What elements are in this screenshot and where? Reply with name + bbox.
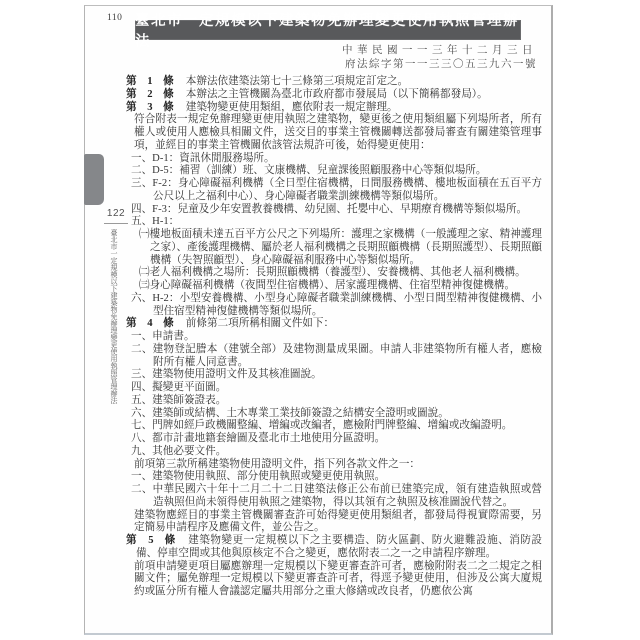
- law-item: 八、都市計畫地籍套繪圖及臺北市土地使用分區證明。: [126, 433, 542, 446]
- law-subitem: ㈢身心障礙福利機構（夜間型住宿機構）、居家護理機構、住宿型精神復健機構。: [126, 280, 542, 293]
- article-text: 本辦法之主管機關為臺北市政府都市發展局（以下簡稱都發局）。: [186, 89, 488, 100]
- law-item: 二、建物登記謄本（建號全部）及建物測量成果圖。申請人非建築物所有權人者，應檢附所…: [126, 344, 542, 370]
- law-paragraph: 符合附表一規定免辦理變更使用執照之建築物，變更後之使用類組屬下列場所者，所有權人…: [126, 114, 542, 152]
- law-item: 一、建築物使用執照、部分使用執照或變更使用執照。: [126, 471, 542, 484]
- law-item: 七、門牌如經戶政機關整編、增編或改編者，應檢附門牌整編、增編或改編證明。: [126, 420, 542, 433]
- article-text: 建築物變更使用類組，應依附表一規定辦理。: [186, 102, 398, 113]
- article-number-label: 第 4 條: [126, 318, 178, 329]
- sidebar-book-title: 臺北市一定規模以下建築物免辦理變更使用執照管理辦法: [107, 229, 120, 414]
- law-item: 五、H-1：: [126, 216, 542, 229]
- law-item: 二、D-5：補習（訓練）班、文康機構、兒童課後照顧服務中心等類似場所。: [126, 165, 542, 178]
- law-item: 六、H-2：小型安養機構、小型身心障礙者職業訓練機構、小型日間型精神復健機構、小…: [126, 293, 542, 319]
- law-paragraph: 建築物應經目的事業主管機關審查許可始得變更使用類組者，都發局得視實際需要，另定簡…: [126, 510, 542, 536]
- promulgation-number: 府法綜字第一一三三〇五三九六一號: [342, 58, 537, 72]
- law-article: 第 2 條本辦法之主管機關為臺北市政府都市發展局（以下簡稱都發局）。: [126, 89, 542, 102]
- law-article: 第 5 條建築物變更一定規模以下之主要構造、防火區劃、防火避難設施、消防設備、停…: [126, 535, 542, 561]
- law-item: 九、其他必要文件。: [126, 446, 542, 459]
- article-number-label: 第 2 條: [126, 89, 178, 100]
- law-item: 四、擬變更平面圖。: [126, 382, 542, 395]
- law-item: 一、D-1：資訊休閒服務場所。: [126, 153, 542, 166]
- law-item: 二、中華民國六十年十二月二十二日建築法修正公布前已建築完成，領有建造執照或營造執…: [126, 484, 542, 510]
- law-item: 三、F-2：身心障礙福利機構（全日型住宿機構，日間服務機構、樓地板面積在五百平方…: [126, 178, 542, 204]
- law-item: 四、F-3：兒童及少年安置教養機構、幼兒園、托嬰中心、早期療育機構等類似場所。: [126, 204, 542, 217]
- law-title-banner: 臺北市一定規模以下建築物免辦理變更使用執照管理辦法: [135, 20, 521, 40]
- chapter-tab: [84, 154, 104, 205]
- article-number-label: 第 5 條: [126, 535, 180, 546]
- law-paragraph: 前項第三款所稱建築物使用證明文件，指下列各款文件之一：: [126, 459, 542, 472]
- promulgation-block: 中華民國一一三年十二月三日 府法綜字第一一三三〇五三九六一號: [342, 44, 537, 72]
- article-number-label: 第 3 條: [126, 102, 178, 113]
- article-text: 建築物變更一定規模以下之主要構造、防火區劃、防火避難設施、消防設備、停車空間或其…: [136, 535, 542, 559]
- law-article: 第 1 條本辦法依建築法第七十三條第三項規定訂定之。: [126, 76, 542, 89]
- law-subitem: ㈠樓地板面積未達五百平方公尺之下列場所：護理之家機構（一般護理之家、精神護理之家…: [126, 229, 542, 267]
- law-subitem: ㈡老人福利機構之場所：長期照顧機構（養護型）、安養機構、其他老人福利機構。: [126, 267, 542, 280]
- document-page: 110 臺北市一定規模以下建築物免辦理變更使用執照管理辦法 中華民國一一三年十二…: [84, 5, 553, 635]
- law-item: 五、建築師簽證表。: [126, 395, 542, 408]
- law-paragraph: 前項申請變更項目屬應辦理一定規模以下變更審查許可者，應檢附附表二之二規定之相關文…: [126, 561, 542, 599]
- article-text: 前條第二項所稱相關文件如下：: [186, 318, 334, 329]
- article-text: 本辦法依建築法第七十三條第三項規定訂定之。: [186, 76, 408, 87]
- law-article: 第 3 條建築物變更使用類組，應依附表一規定辦理。: [126, 102, 542, 115]
- promulgation-date: 中華民國一一三年十二月三日: [342, 44, 537, 58]
- law-item: 一、申請書。: [126, 331, 542, 344]
- sidebar-divider: [104, 223, 128, 224]
- law-body: 第 1 條本辦法依建築法第七十三條第三項規定訂定之。第 2 條本辦法之主管機關為…: [126, 76, 542, 599]
- article-number-label: 第 1 條: [126, 76, 178, 87]
- law-item: 六、建築師或結構、土木專業工業技師簽證之結構安全證明或圖說。: [126, 408, 542, 421]
- law-article: 第 4 條前條第二項所稱相關文件如下：: [126, 318, 542, 331]
- sidebar-page-number: 122: [103, 208, 129, 219]
- page-number-top: 110: [107, 13, 122, 23]
- law-item: 三、建築物使用證明文件及其核准圖說。: [126, 369, 542, 382]
